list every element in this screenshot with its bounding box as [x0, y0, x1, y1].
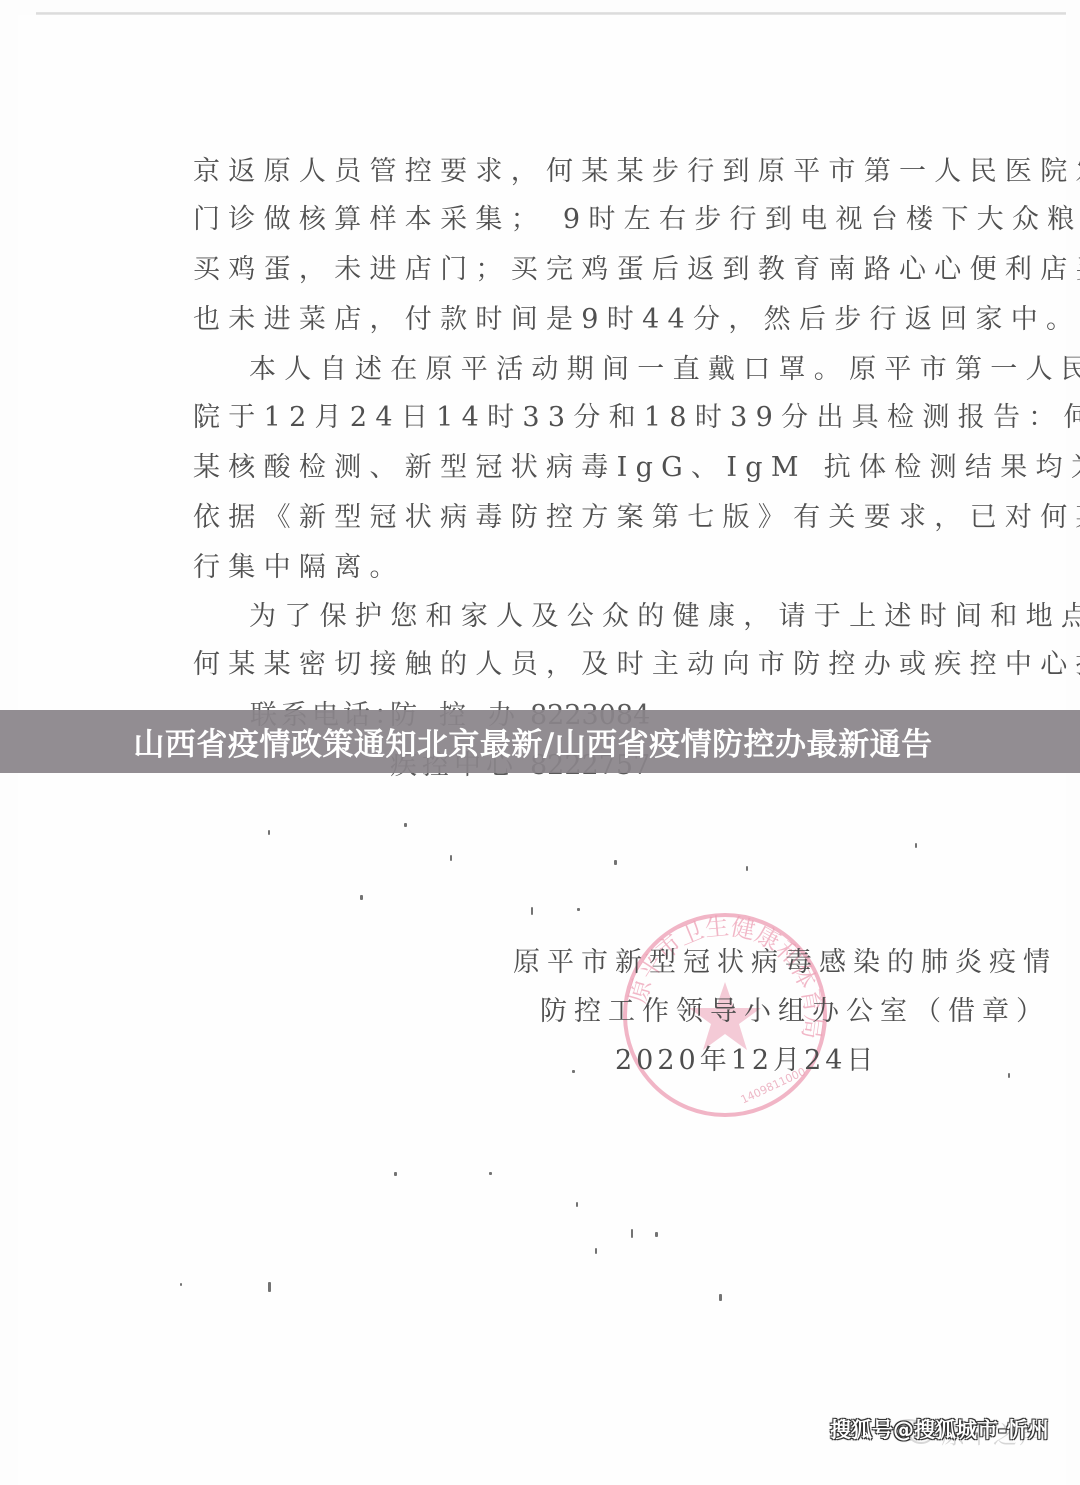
body-line: 行集中隔离。 [193, 550, 963, 586]
body-line: 本人自述在原平活动期间一直戴口罩。原平市第一人民医 [249, 352, 963, 388]
signature-org-line2: 防控工作领导小组办公室（借章） [540, 994, 1050, 1030]
body-line: 何某某密切接触的人员，及时主动向市防控办或疾控中心报告。 [193, 647, 963, 683]
body-line: 京返原人员管控要求，何某某步行到原平市第一人民医院发热 [193, 154, 963, 190]
body-line: 某核酸检测、新型冠状病毒IgG、IgM 抗体检测结果均为阴性。 [193, 450, 963, 486]
body-line: 也未进菜店，付款时间是9时44分，然后步行返回家中。 [193, 302, 963, 338]
body-line: 依据《新型冠状病毒防控方案第七版》有关要求，已对何某某进 [193, 500, 963, 536]
body-line: 门诊做核算样本采集； 9时左右步行到电视台楼下大众粮油店 [193, 202, 963, 238]
banner-title: 山西省疫情政策通知北京最新/山西省疫情防控办最新通告 [133, 719, 932, 764]
body-line: 为了保护您和家人及公众的健康，请于上述时间和地点与 [249, 599, 963, 635]
body-line: 院于12月24日14时33分和18时39分出具检测报告：何某 [193, 400, 963, 436]
signature-org-line1: 原平市新型冠状病毒感染的肺炎疫情 [513, 945, 1057, 981]
platform-watermark: 搜狐号@搜狐城市-忻州 [830, 1414, 1049, 1442]
title-banner: 山西省疫情政策通知北京最新/山西省疫情防控办最新通告 [0, 710, 1080, 773]
signature-date: 2020年12月24日 [615, 1043, 877, 1079]
body-line: 买鸡蛋，未进店门；买完鸡蛋后返到教育南路心心便利店买葱， [193, 252, 963, 288]
scan-top-edge [36, 12, 1066, 15]
